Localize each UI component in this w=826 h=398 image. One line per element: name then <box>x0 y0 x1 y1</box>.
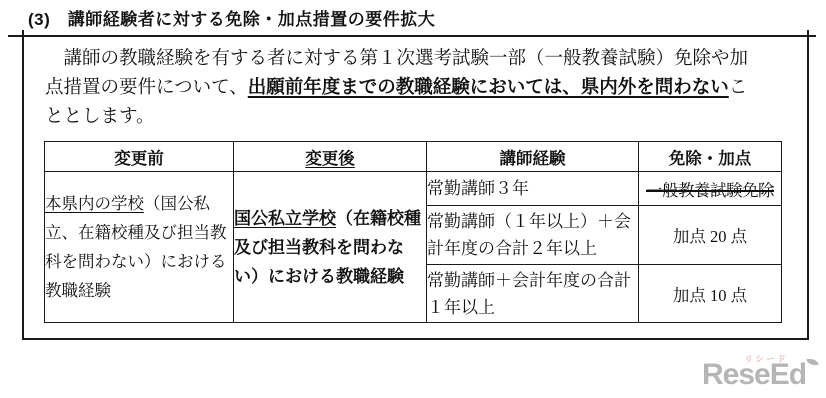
content-box: 講師の教職経験を有する者に対する第１次選考試験一部（一般教養試験）免除や加 点措… <box>22 30 809 340</box>
intro-paragraph: 講師の教職経験を有する者に対する第１次選考試験一部（一般教養試験）免除や加 点措… <box>45 45 790 132</box>
before-change-underlined: 本県内の学校 <box>45 194 144 213</box>
column-header-before: 変更前 <box>45 142 234 172</box>
table-row: 本県内の学校（国公私立、在籍校種及び担当教科を問わない）における教職経験 国公私… <box>45 172 782 206</box>
paragraph-line: ととします。 <box>45 103 790 132</box>
paragraph-line: 講師の教職経験を有する者に対する第１次選考試験一部（一般教養試験）免除や加 <box>45 45 790 74</box>
table-header-row: 変更前 変更後 講師経験 免除・加点 <box>45 142 782 172</box>
document-page: (3) 講師経験者に対する免除・加点措置の要件拡大 講師の教職経験を有する者に対… <box>0 0 826 398</box>
after-change-underlined: 国公私立学校 <box>234 209 336 228</box>
before-change-cell: 本県内の学校（国公私立、在籍校種及び担当教科を問わない）における教職経験 <box>45 172 234 323</box>
benefit-cell: 一般教養試験免除 <box>639 172 782 206</box>
paragraph-text: こ <box>729 78 748 98</box>
benefit-cell: 加点 20 点 <box>639 206 782 265</box>
column-header-experience: 講師経験 <box>427 142 639 172</box>
requirements-table: 変更前 変更後 講師経験 免除・加点 本県内の学校（国公私立、在籍校種及び担当教… <box>44 141 782 323</box>
column-header-benefit: 免除・加点 <box>639 142 782 172</box>
column-header-after-label: 変更後 <box>305 150 355 168</box>
column-header-after: 変更後 <box>234 142 427 172</box>
leaf-icon <box>806 357 818 367</box>
reseed-logo: リシード ReseEd <box>702 352 820 394</box>
paragraph-text: 講師の教職経験を有する者に対する第１次選考試験一部（一般教養試験）免除や加 <box>45 49 748 69</box>
paragraph-text: ととします。 <box>45 107 155 127</box>
paragraph-emphasis: 出願前年度までの教職経験においては、県内外を問わない <box>248 78 729 98</box>
paragraph-text: 点措置の要件について、 <box>45 78 248 98</box>
paragraph-line: 点措置の要件について、出願前年度までの教職経験においては、県内外を問わないこ <box>45 74 790 103</box>
experience-cell: 常勤講師＋会計年度の合計１年以上 <box>427 265 639 323</box>
experience-cell: 常勤講師（１年以上）＋会計年度の合計２年以上 <box>427 206 639 265</box>
experience-cell: 常勤講師３年 <box>427 172 639 206</box>
logo-wordmark: ReseEd <box>702 358 806 392</box>
benefit-cell: 加点 10 点 <box>639 265 782 323</box>
after-change-cell: 国公私立学校（在籍校種及び担当教科を問わない）における教職経験 <box>234 172 427 323</box>
